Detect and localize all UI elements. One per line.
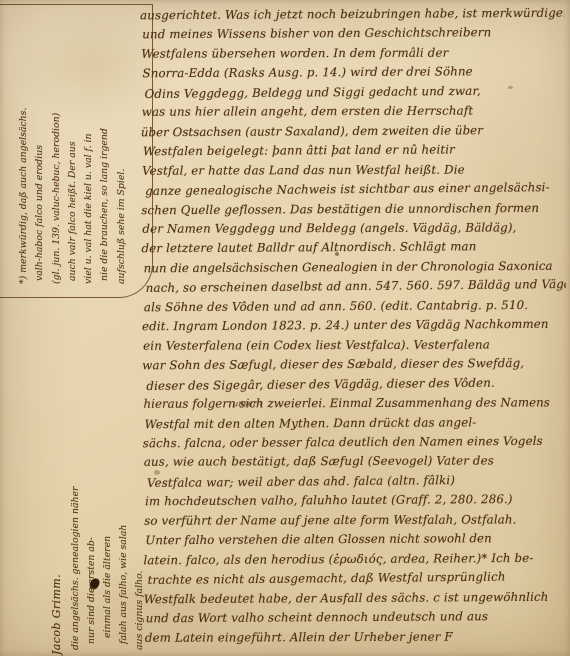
manuscript-line: dem Latein eingeführt. Allein der Urhebe… (144, 627, 568, 648)
margin-note-line: die angelsächs. genealogien näher (68, 328, 84, 650)
margin-note: die angelsächs. genealogien näher nur si… (68, 328, 148, 650)
footnote-line: (gl. jun. 139. valuc-hebuc, herodion) (49, 22, 65, 284)
foxing-speck (335, 252, 339, 256)
manuscript-line: sächs. falcna, oder besser falca deutlic… (143, 432, 567, 454)
footnote-line: viel u. val hat die kiel u. val f. in (81, 22, 97, 284)
footnote-line: auch valr falco heißt. Der aus (65, 22, 81, 284)
manuscript-page: *) merkwürdig, daß auch angelsächs. valh… (0, 0, 570, 656)
manuscript-line: als Söhne des Vôden und ad ann. 560. (ed… (142, 296, 566, 318)
interlinear-insertion: unsern (233, 398, 262, 409)
footnote-line: nie die brauchen, so lang irgend (97, 22, 113, 284)
manuscript-line: schen Quelle geflossen. Das bestätigen d… (141, 198, 565, 220)
manuscript-line: und meines Wissens bisher von den Geschi… (140, 23, 564, 45)
manuscript-line: Westfalk bedeutet habe, der Ausfall des … (144, 587, 568, 609)
manuscript-line: hieraus folgern sich zweierlei. Einmal Z… (142, 393, 566, 414)
foxing-speck (154, 470, 160, 475)
footnote-line: valh-haboc falco und erodius (32, 22, 48, 284)
manuscript-line: ein Vesterfalena (ein Codex liest Vestfa… (142, 335, 566, 356)
manuscript-line: der Namen Veggdegg und Beldegg (angels. … (141, 218, 565, 239)
manuscript-line: Unter falho verstehen die alten Glossen … (143, 529, 567, 551)
manuscript-line: Vestfalca war; weil aber das ahd. falca … (143, 470, 567, 494)
manuscript-line: und das Wort valho scheint dennoch undeu… (144, 607, 568, 629)
manuscript-line: Westfalens übersehen worden. In dem form… (140, 43, 564, 64)
manuscript-line: im hochdeutschen valho, faluhho lautet (… (143, 490, 567, 512)
manuscript-line: aus, wie auch bestätigt, daß Sæfugl (See… (143, 452, 567, 473)
foxing-speck (508, 86, 513, 89)
margin-note-line: einmal als die älteren (100, 328, 116, 650)
footnote-line: aufschluß sehe im Spiel. (114, 22, 130, 284)
manuscript-line: der letztere lautet Balldr auf Altnordis… (141, 237, 565, 259)
manuscript-line: über Ostsachsen (austr Saxaland), dem zw… (141, 120, 565, 142)
manuscript-line: so verführt der Name auf jene alte form … (143, 510, 567, 531)
margin-note-line: falah aus falho, wie salah (116, 328, 132, 650)
margin-note-line: nur sind die ersten ab- (84, 328, 100, 650)
manuscript-line: ausgerichtet. Was ich jetzt noch beizubr… (140, 4, 564, 26)
manuscript-line: was uns hier allein angeht, dem ersten d… (141, 102, 565, 123)
footnote-line: *) merkwürdig, daß auch angelsächs. (16, 22, 32, 284)
manuscript-line: Westfalen beigelegt: þann âtti þat land … (141, 140, 565, 162)
boxed-footnote: *) merkwürdig, daß auch angelsächs. valh… (16, 22, 132, 284)
signature: Jacob Grimm. (50, 541, 67, 655)
manuscript-line: Westfal mit den alten Mythen. Dann drück… (143, 412, 567, 434)
main-text: ausgerichtet. Was ich jetzt noch beizubr… (140, 4, 568, 649)
manuscript-line: edit. Ingram London 1823. p. 24.) unter … (142, 315, 566, 337)
